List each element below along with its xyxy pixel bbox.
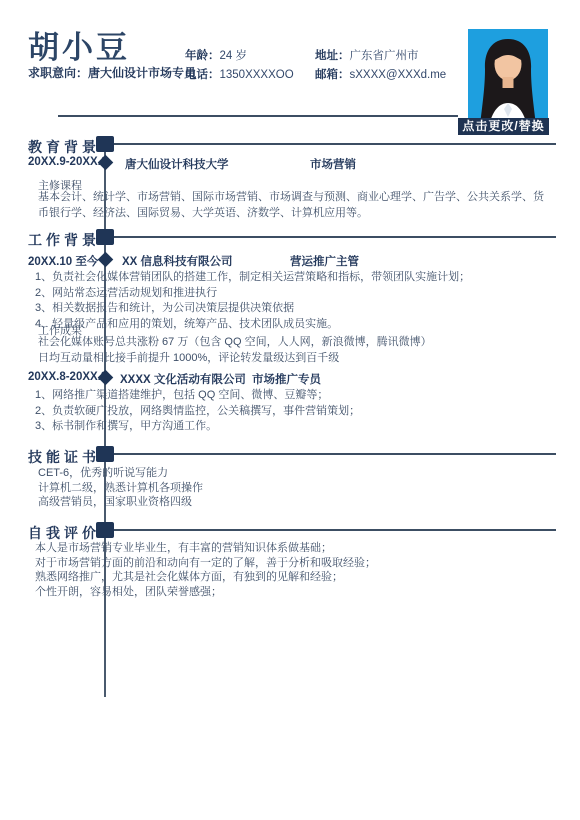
section-title-work: 工作背景	[28, 230, 100, 250]
info-age: 年龄：24 岁	[185, 47, 247, 63]
job2-date: 20XX.8-20XX.9	[28, 371, 107, 383]
info-address-label: 地址：	[315, 50, 350, 62]
job1-company: XX 信息科技有限公司	[122, 253, 233, 269]
job1-duty: 2、网站常态运营活动规划和推进执行	[35, 286, 470, 302]
info-email-label: 邮箱：	[315, 69, 350, 81]
evaluation-item: 熟悉网络推广，尤其是社会化媒体方面，有独到的见解和经验；	[35, 570, 376, 585]
evaluation-section-rule	[114, 529, 556, 531]
job1-date: 20XX.10 至今	[28, 253, 98, 269]
job1-duties: 1、负责社会化媒体营销团队的搭建工作，制定相关运营策略和指标，带领团队实施计划；…	[35, 270, 470, 332]
skills-list: CET-6，优秀的听说写能力 计算机二级，熟悉计算机各项操作 高级营销员，国家职…	[38, 466, 203, 510]
skill-item: 高级营销员，国家职业资格四级	[38, 495, 203, 510]
job1-duty: 3、相关数据报告和统计，为公司决策层提供决策依据	[35, 301, 470, 317]
job2-duty: 1、网络推广渠道搭建维护，包括 QQ 空间、微博、豆瓣等；	[35, 388, 360, 404]
job1-results: 社会化媒体账号总共涨粉 67 万（包含 QQ 空间，人人网，新浪微博，腾讯微博）…	[38, 335, 432, 366]
education-section-marker-icon	[96, 136, 114, 152]
section-title-evaluation: 自我评价	[28, 523, 100, 543]
job1-duty: 4、轻量级产品和应用的策划，统筹产品、技术团队成员实施。	[35, 317, 470, 333]
job1-result: 日均互动量相比接手前提升 1000%，评论转发量级达到百千级	[38, 351, 432, 367]
job1-role: 营运推广主管	[290, 253, 359, 269]
evaluation-section-marker-icon	[96, 522, 114, 538]
work-section-marker-icon	[96, 229, 114, 245]
job2-role: 市场推广专员	[252, 371, 321, 387]
evaluation-list: 本人是市场营销专业毕业生，有丰富的营销知识体系做基础； 对于市场营销方面的前沿和…	[35, 541, 376, 599]
info-address: 地址：广东省广州市	[315, 47, 419, 63]
info-email: 邮箱：sXXXX@XXXd.me	[315, 66, 446, 82]
info-email-value: sXXXX@XXXd.me	[350, 69, 447, 81]
section-title-skills: 技能证书	[28, 447, 100, 467]
photo-replace-button[interactable]: 点击更改/替换	[458, 118, 549, 135]
courses-text: 基本会计、统计学、市场营销、国际市场营销、市场调查与预测、商业心理学、广告学、公…	[38, 190, 550, 221]
education-school: 唐大仙设计科技大学	[125, 156, 229, 172]
job1-result: 社会化媒体账号总共涨粉 67 万（包含 QQ 空间，人人网，新浪微博，腾讯微博）	[38, 335, 432, 351]
resume-page: 胡小豆 求职意向：唐大仙设计市场专员 年龄：24 岁 电话：1350XXXXOO…	[0, 0, 580, 820]
job-intent-value: 唐大仙设计市场专员	[88, 66, 196, 80]
skills-section-marker-icon	[96, 446, 114, 462]
job2-duty: 2、负责软硬广投放，网络舆情监控，公关稿撰写，事件营销策划；	[35, 404, 360, 420]
info-phone-label: 电话：	[185, 69, 220, 81]
skills-section-rule	[114, 453, 556, 455]
candidate-name: 胡小豆	[28, 22, 130, 67]
job2-company: XXXX 文化活动有限公司	[120, 371, 246, 387]
work-section-rule	[114, 236, 556, 238]
evaluation-item: 对于市场营销方面的前沿和动向有一定的了解，善于分析和吸取经验；	[35, 556, 376, 571]
evaluation-item: 个性开朗，容易相处，团队荣誉感强；	[35, 585, 376, 600]
skill-item: 计算机二级，熟悉计算机各项操作	[38, 481, 203, 496]
skill-item: CET-6，优秀的听说写能力	[38, 466, 203, 481]
evaluation-item: 本人是市场营销专业毕业生，有丰富的营销知识体系做基础；	[35, 541, 376, 556]
job2-duty: 3、标书制作和撰写，甲方沟通工作。	[35, 419, 360, 435]
job-intent-label: 求职意向：	[28, 66, 88, 80]
job1-duty: 1、负责社会化媒体营销团队的搭建工作，制定相关运营策略和指标，带领团队实施计划；	[35, 270, 470, 286]
job1-timeline-diamond-icon	[98, 252, 114, 268]
info-phone-value: 1350XXXXOO	[220, 69, 294, 81]
education-section-rule	[114, 143, 556, 145]
job2-duties: 1、网络推广渠道搭建维护，包括 QQ 空间、微博、豆瓣等； 2、负责软硬广投放，…	[35, 388, 360, 435]
id-photo[interactable]: 点击更改/替换	[458, 29, 549, 135]
education-major: 市场营销	[310, 156, 356, 172]
info-age-label: 年龄：	[185, 50, 220, 62]
section-title-education: 教育背景	[28, 137, 100, 157]
education-date: 20XX.9-20XX.6	[28, 156, 107, 168]
info-age-value: 24 岁	[220, 50, 248, 62]
info-phone: 电话：1350XXXXOO	[185, 66, 294, 82]
header-divider	[58, 115, 458, 117]
info-address-value: 广东省广州市	[350, 50, 419, 62]
job-intent: 求职意向：唐大仙设计市场专员	[28, 64, 196, 81]
